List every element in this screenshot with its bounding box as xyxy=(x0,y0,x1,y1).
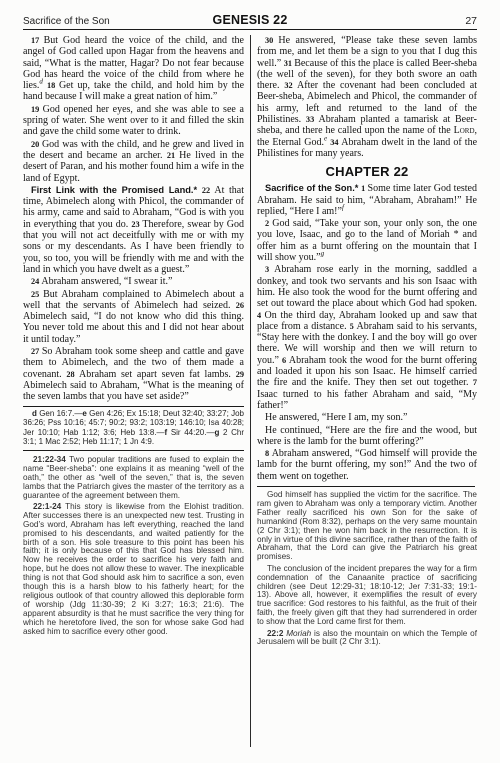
text-run: Abimelech said to Abraham, “What is the … xyxy=(23,380,244,402)
paragraph: 25 But Abraham complained to Abimelech a… xyxy=(23,289,244,345)
text-run: He continued, “Here are the fire and the… xyxy=(257,425,477,447)
two-column-body: 17 But God heard the voice of the child,… xyxy=(23,30,477,747)
footnote-marker: g xyxy=(321,250,325,258)
text-run: God said, “Take your son, your only son,… xyxy=(257,218,477,263)
text-run: Abraham answered, “I swear it.” xyxy=(41,276,172,287)
verse-number: 5 xyxy=(350,322,357,331)
right-verse-text-ch22: Sacrifice of the Son.* 1 Some time later… xyxy=(257,183,477,482)
paragraph: 30 He answered, “Please take these seven… xyxy=(257,35,477,159)
bold-lead: g xyxy=(214,428,223,437)
verse-number: 25 xyxy=(31,290,43,299)
inline-section-heading: First Link with the Promised Land.* xyxy=(31,185,202,195)
book-chapter-title: GENESIS 22 xyxy=(213,13,288,27)
bold-lead: 21:22-34 xyxy=(33,455,69,464)
paragraph: God himself has supplied the victim for … xyxy=(257,491,477,562)
paragraph: 27 So Abraham took some sheep and cattle… xyxy=(23,346,244,402)
text-run: Sir 44:20.— xyxy=(171,428,215,437)
verse-number: 28 xyxy=(66,370,79,379)
paragraph: 22:1-24 This story is likewise from the … xyxy=(23,503,244,637)
page-number: 27 xyxy=(287,15,477,27)
paragraph: d Gen 16:7.—e Gen 4:26; Ex 15:18; Deut 3… xyxy=(23,409,244,447)
verse-number: 27 xyxy=(31,347,42,356)
text-run: Abraham rose early in the morning, saddl… xyxy=(257,264,477,309)
page-header: Sacrifice of the Son GENESIS 22 27 xyxy=(23,13,477,30)
verse-number: 18 xyxy=(47,81,59,90)
paragraph: 24 Abraham answered, “I swear it.” xyxy=(23,276,244,287)
paragraph: 20 God was with the child, and he grew a… xyxy=(23,139,244,184)
verse-number: 3 xyxy=(265,265,274,274)
bold-lead: 22:2 xyxy=(267,629,286,638)
text-run: God opened her eyes, and she was able to… xyxy=(23,104,244,138)
text-run: This story is likewise from the Elohist … xyxy=(23,502,244,636)
paragraph: 8 Abraham answered, “God himself will pr… xyxy=(257,448,477,482)
paragraph: 3 Abraham rose early in the morning, sad… xyxy=(257,264,477,411)
verse-number: 24 xyxy=(31,277,41,286)
paragraph: He continued, “Here are the fire and the… xyxy=(257,425,477,448)
cross-reference-block: d Gen 16:7.—e Gen 4:26; Ex 15:18; Deut 3… xyxy=(23,406,244,451)
left-verse-text: 17 But God heard the voice of the child,… xyxy=(23,35,244,403)
left-commentary: 21:22-34 Two popular traditions are fuse… xyxy=(23,456,244,637)
chapter-heading: CHAPTER 22 xyxy=(257,164,477,179)
divine-name-small-caps: Lord xyxy=(454,125,475,136)
paragraph: 21:22-34 Two popular traditions are fuse… xyxy=(23,456,244,501)
verse-number: 7 xyxy=(473,378,477,387)
text-run: Abimelech said, “I do not know who did t… xyxy=(23,311,244,345)
text-run: Abraham took the wood for the burnt offe… xyxy=(257,355,477,389)
verse-number: 29 xyxy=(236,370,244,379)
paragraph: 2 God said, “Take your son, your only so… xyxy=(257,218,477,263)
verse-number: 26 xyxy=(236,301,244,310)
paragraph: He answered, “Here I am, my son.” xyxy=(257,412,477,423)
verse-number: 33 xyxy=(306,115,319,124)
running-head: Sacrifice of the Son xyxy=(23,16,213,27)
verse-number: 20 xyxy=(31,140,42,149)
paragraph: 17 But God heard the voice of the child,… xyxy=(23,35,244,103)
paragraph: 19 God opened her eyes, and she was able… xyxy=(23,104,244,138)
verse-number: 22 xyxy=(202,186,215,195)
right-verse-text-ch21: 30 He answered, “Please take these seven… xyxy=(257,35,477,159)
text-run: But Abraham complained to Abimelech abou… xyxy=(23,289,244,311)
verse-number: 4 xyxy=(257,311,265,320)
text-run: God himself has supplied the victim for … xyxy=(257,490,477,561)
verse-number: 30 xyxy=(265,36,278,45)
verse-number: 19 xyxy=(31,105,43,114)
right-commentary: God himself has supplied the victim for … xyxy=(257,491,477,647)
text-run: Gen 16:7.— xyxy=(39,409,82,418)
paragraph: First Link with the Promised Land.* 22 A… xyxy=(23,185,244,275)
italic-term: Moriah xyxy=(286,629,314,638)
verse-number: 23 xyxy=(131,220,142,229)
verse-number: 6 xyxy=(282,356,289,365)
commentary-separator-rule xyxy=(257,486,475,487)
bible-page: Sacrifice of the Son GENESIS 22 27 17 Bu… xyxy=(0,0,500,763)
verse-number: 21 xyxy=(167,151,179,160)
paragraph: 22:2 Moriah is also the mountain on whic… xyxy=(257,630,477,648)
verse-number: 8 xyxy=(265,449,272,458)
text-run: Isaac turned to his father Abraham and s… xyxy=(257,389,477,411)
text-run: He answered, “Here I am, my son.” xyxy=(265,412,407,423)
paragraph: Sacrifice of the Son.* 1 Some time later… xyxy=(257,183,477,217)
verse-number: 31 xyxy=(284,59,294,68)
footnote-marker: f xyxy=(342,204,344,212)
verse-number: 32 xyxy=(284,81,297,90)
right-column: 30 He answered, “Please take these seven… xyxy=(250,35,477,747)
verse-number: 17 xyxy=(31,36,44,45)
text-run: Abraham set apart seven fat lambs. xyxy=(79,369,236,380)
paragraph: The conclusion of the incident prepares … xyxy=(257,565,477,627)
left-column: 17 But God heard the voice of the child,… xyxy=(23,35,250,747)
verse-number: 34 xyxy=(330,138,341,147)
text-run: Abraham answered, “God himself will prov… xyxy=(257,448,477,482)
bold-lead: 22:1-24 xyxy=(33,502,65,511)
inline-section-heading: Sacrifice of the Son.* xyxy=(265,183,361,193)
text-run: The conclusion of the incident prepares … xyxy=(257,564,477,626)
